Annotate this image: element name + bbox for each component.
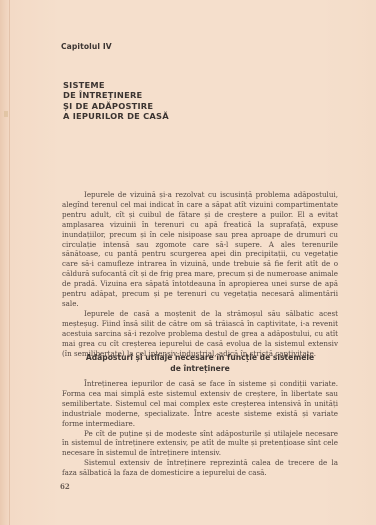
chapter-label: Capitolul IV <box>61 42 112 51</box>
chapter-title-line: ȘI DE ADĂPOSTIRE <box>63 101 169 111</box>
paragraph: Pe cît de puține și de modeste sînt adăp… <box>62 429 338 459</box>
book-page: Capitolul IV SISTEME DE ÎNTREȚINERE ȘI D… <box>0 0 376 525</box>
chapter-title-line: A IEPURILOR DE CASĂ <box>63 111 169 121</box>
paragraph: Iepurele de vizuină și-a rezolvat cu isc… <box>62 190 338 309</box>
paragraph: Întreținerea iepurilor de casă se face î… <box>62 379 338 429</box>
page-number: 62 <box>60 482 70 491</box>
page-gutter <box>9 0 10 525</box>
chapter-title-line: DE ÎNTREȚINERE <box>63 90 169 100</box>
section-body-text: Întreținerea iepurilor de casă se face î… <box>62 379 338 478</box>
paper-smudge <box>4 111 8 117</box>
paragraph: Sistemul extensiv de întreținere reprezi… <box>62 458 338 478</box>
section-heading-line: de întreținere <box>62 363 338 374</box>
section-heading: Adăposturi și utilaje necesare în funcți… <box>62 352 338 374</box>
section-heading-line: Adăposturi și utilaje necesare în funcți… <box>62 352 338 363</box>
section-intro-text: Iepurele de vizuină și-a rezolvat cu isc… <box>62 190 338 358</box>
chapter-title: SISTEME DE ÎNTREȚINERE ȘI DE ADĂPOSTIRE … <box>63 80 169 121</box>
paragraph: Iepurele de casă a moștenit de la strămo… <box>62 309 338 359</box>
chapter-title-line: SISTEME <box>63 80 169 90</box>
